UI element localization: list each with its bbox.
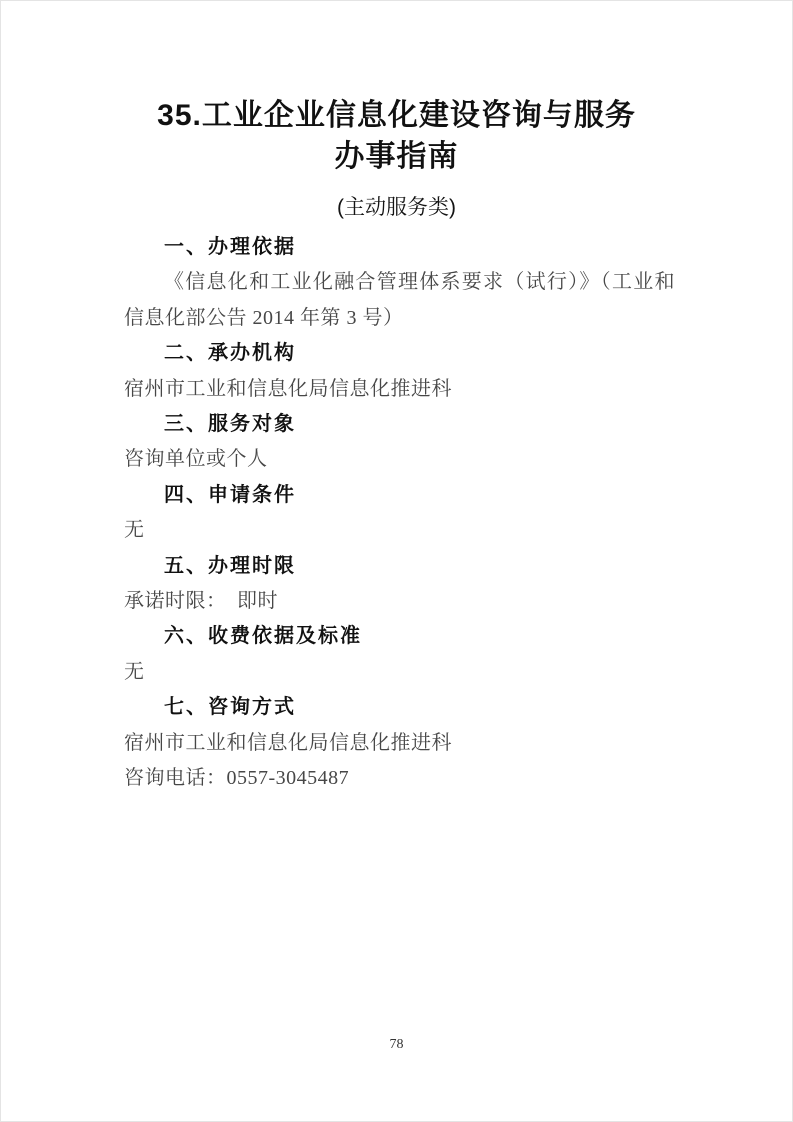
paragraph: 无: [124, 513, 675, 548]
section-heading: 三、服务对象: [124, 407, 675, 442]
paragraph: 承诺时限： 即时: [124, 584, 675, 619]
paragraph: 咨询单位或个人: [124, 442, 675, 477]
section-heading: 一、办理依据: [124, 230, 675, 265]
paragraph: 宿州市工业和信息化局信息化推进科: [124, 726, 675, 761]
document-title-line1: 35.工业企业信息化建设咨询与服务: [0, 95, 793, 136]
document-page: 35.工业企业信息化建设咨询与服务 办事指南 (主动服务类) 一、办理依据 《信…: [0, 0, 793, 1122]
section-4: 四、申请条件 无: [124, 478, 675, 549]
paragraph: 宿州市工业和信息化局信息化推进科: [124, 372, 675, 407]
section-7: 七、咨询方式 宿州市工业和信息化局信息化推进科 咨询电话：0557-304548…: [124, 690, 675, 796]
section-heading: 六、收费依据及标准: [124, 619, 675, 654]
section-5: 五、办理时限 承诺时限： 即时: [124, 549, 675, 620]
section-6: 六、收费依据及标准 无: [124, 619, 675, 690]
section-heading: 二、承办机构: [124, 336, 675, 371]
section-heading: 七、咨询方式: [124, 690, 675, 725]
section-3: 三、服务对象 咨询单位或个人: [124, 407, 675, 478]
section-heading: 四、申请条件: [124, 478, 675, 513]
document-title: 35.工业企业信息化建设咨询与服务 办事指南: [0, 95, 793, 177]
document-body: 一、办理依据 《信息化和工业化融合管理体系要求（试行）》（工业和信息化部公告 2…: [124, 230, 675, 797]
paragraph: 咨询电话：0557-3045487: [124, 761, 675, 796]
section-1: 一、办理依据 《信息化和工业化融合管理体系要求（试行）》（工业和信息化部公告 2…: [124, 230, 675, 336]
page-number: 78: [0, 1037, 793, 1053]
document-title-line2: 办事指南: [0, 136, 793, 177]
document-subtitle: (主动服务类): [0, 194, 793, 222]
paragraph: 无: [124, 655, 675, 690]
paragraph: 《信息化和工业化融合管理体系要求（试行）》（工业和信息化部公告 2014 年第 …: [124, 265, 675, 336]
section-heading: 五、办理时限: [124, 549, 675, 584]
section-2: 二、承办机构 宿州市工业和信息化局信息化推进科: [124, 336, 675, 407]
